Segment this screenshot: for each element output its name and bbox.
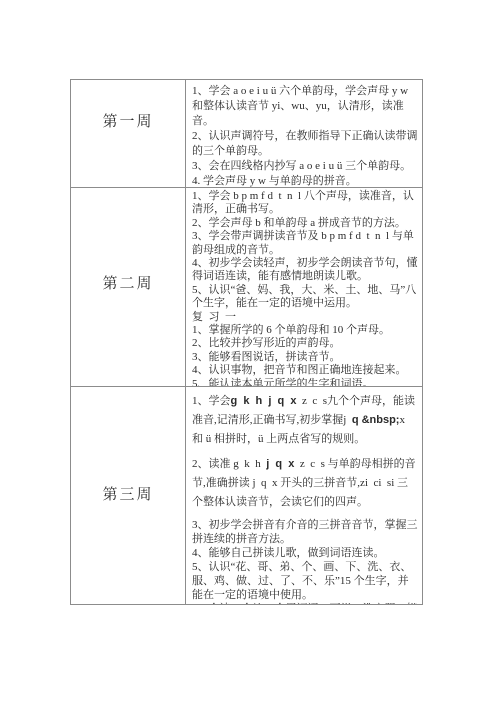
table-row: 第二周1、学会 b p m f d t n l 八个声母，读准音，认清形，正确书… bbox=[71, 187, 422, 386]
text-segment: 复 习 一 bbox=[192, 311, 236, 323]
content-paragraph: 2、读准 g k h j q x z c s 与单韵母相拼的音节,准确拼读 j … bbox=[192, 455, 418, 512]
content-paragraph: 3、初步学会拼音有介音的三拼音音节，掌握三拼连续的拼音方法。 bbox=[192, 518, 418, 546]
text-segment: 5、能认读本单元所学的生字和词语。 bbox=[192, 378, 374, 386]
text-segment: 6、会读、会认、会用词语：下棋、洗衣服、搭积木、拖地、擦玻璃、做贺卡。 bbox=[192, 603, 418, 604]
content-cell: 1、学会 b p m f d t n l 八个声母，读准音，认清形，正确书写。2… bbox=[186, 188, 422, 386]
content-paragraph: 4、能够自己拼读儿歌，做到词语连读。 bbox=[192, 546, 418, 560]
content-paragraph: 4、认识事物，把音节和图正确地连接起来。 bbox=[192, 364, 418, 377]
content-paragraph: 2、认识声调符号，在教师指导下正确认读带调的三个单韵母。 bbox=[192, 129, 418, 159]
content-paragraph: 5、能认读本单元所学的生字和词语。 bbox=[192, 378, 418, 386]
content-paragraph: 复 习 一 bbox=[192, 311, 418, 324]
text-segment: 1、掌握所学的 6 个单韵母和 10 个声母。 bbox=[192, 324, 390, 336]
week-label: 第一周 bbox=[102, 110, 153, 131]
week-cell: 第一周 bbox=[71, 80, 186, 187]
content-paragraph: 4、初步学会读轻声，初步学会朗读音节句，懂得词语连读，能有感情地朗读儿歌。 bbox=[192, 257, 418, 284]
content-paragraph: 2、比较并抄写形近的声韵母。 bbox=[192, 337, 418, 350]
content-paragraph: 5、认识“花、哥、弟、个、画、下、洗、衣、服、鸡、做、过、了、不、乐”15 个生… bbox=[192, 560, 418, 602]
content-paragraph: 1、学会 b p m f d t n l 八个声母，读准音，认清形，正确书写。 bbox=[192, 190, 418, 217]
text-segment: 3、能够看图说话，拼读音节。 bbox=[192, 351, 341, 363]
text-segment: 3、初步学会拼音有介音的三拼音音节，掌握三拼连续的拼音方法。 bbox=[192, 519, 418, 545]
text-segment: 2、比较并抄写形近的声韵母。 bbox=[192, 337, 341, 349]
curriculum-table: 第一周1、学会 a o e i u ü 六个单韵母，学会声母 y w 和整体认读… bbox=[70, 79, 423, 605]
week-cell: 第二周 bbox=[71, 188, 186, 386]
content-paragraph: 6、会读、会认、会用词语：下棋、洗衣服、搭积木、拖地、擦玻璃、做贺卡。 bbox=[192, 602, 418, 604]
content-paragraph: 4. 学会声母 y w 与单韵母的拼音。 bbox=[192, 174, 418, 187]
week-label: 第三周 bbox=[102, 483, 153, 504]
content-paragraph: 3、学会带声调拼读音节及 b p m f d t n l 与单韵母组成的音节。 bbox=[192, 230, 418, 257]
table-row: 第一周1、学会 a o e i u ü 六个单韵母，学会声母 y w 和整体认读… bbox=[71, 80, 422, 187]
content-paragraph: 3、会在四线格内抄写 a o e i u ü 三个单韵母。 bbox=[192, 159, 418, 174]
week-label: 第二周 bbox=[102, 272, 153, 293]
text-segment: 2、读准 g k h bbox=[192, 458, 266, 470]
text-segment: 2、学会声母 b 和单韵母 a 拼成音节的方法。 bbox=[192, 217, 406, 229]
text-segment: 2、认识声调符号，在教师指导下正确认读带调的三个单韵母。 bbox=[192, 130, 418, 157]
content-cell: 1、学会g k h j q x z c s九个个声母，能读准音,记清形,正确书写… bbox=[186, 387, 422, 604]
table-row: 第三周1、学会g k h j q x z c s九个个声母，能读准音,记清形,正… bbox=[71, 386, 422, 604]
text-segment: 5、认识“花、哥、弟、个、画、下、洗、衣、服、鸡、做、过、了、不、乐”15 个生… bbox=[192, 561, 411, 601]
text-segment: 4、认识事物，把音节和图正确地连接起来。 bbox=[192, 364, 407, 376]
text-segment: 1、学会 bbox=[192, 395, 231, 407]
content-paragraph: 5、认识“爸、妈、我，大、米、土、地、马”八个生字，能在一定的语境中运用。 bbox=[192, 284, 418, 311]
content-paragraph: 1、掌握所学的 6 个单韵母和 10 个声母。 bbox=[192, 324, 418, 337]
text-segment: 3、会在四线格内抄写 a o e i u ü 三个单韵母。 bbox=[192, 160, 411, 172]
content-paragraph: 1、学会g k h j q x z c s九个个声母，能读准音,记清形,正确书写… bbox=[192, 392, 418, 449]
text-segment: 1、学会 a o e i u ü 六个单韵母，学会声母 y w 和整体认读音节 … bbox=[192, 85, 411, 127]
bold-text-segment: q &nbsp; bbox=[352, 414, 400, 426]
content-paragraph: 3、能够看图说话，拼读音节。 bbox=[192, 351, 418, 364]
text-segment: 3、学会带声调拼读音节及 b p m f d t n l 与单韵母组成的音节。 bbox=[192, 230, 414, 255]
content-paragraph: 1、学会 a o e i u ü 六个单韵母，学会声母 y w 和整体认读音节 … bbox=[192, 84, 418, 129]
week-cell: 第三周 bbox=[71, 387, 186, 604]
text-segment: 5、认识“爸、妈、我，大、米、土、地、马”八个生字，能在一定的语境中运用。 bbox=[192, 284, 416, 309]
bold-text-segment: g k h j q x bbox=[231, 395, 297, 407]
bold-text-segment: j q x bbox=[266, 458, 294, 470]
text-segment: 4、初步学会读轻声，初步学会朗读音节句，懂得词语连读，能有感情地朗读儿歌。 bbox=[192, 257, 418, 282]
content-paragraph: 2、学会声母 b 和单韵母 a 拼成音节的方法。 bbox=[192, 217, 418, 230]
content-cell: 1、学会 a o e i u ü 六个单韵母，学会声母 y w 和整体认读音节 … bbox=[186, 80, 422, 187]
text-segment: 1、学会 b p m f d t n l 八个声母，读准音，认清形，正确书写。 bbox=[192, 190, 414, 215]
text-segment: 4. 学会声母 y w 与单韵母的拼音。 bbox=[192, 175, 357, 187]
text-segment: 4、能够自己拼读儿歌，做到词语连读。 bbox=[192, 547, 385, 559]
